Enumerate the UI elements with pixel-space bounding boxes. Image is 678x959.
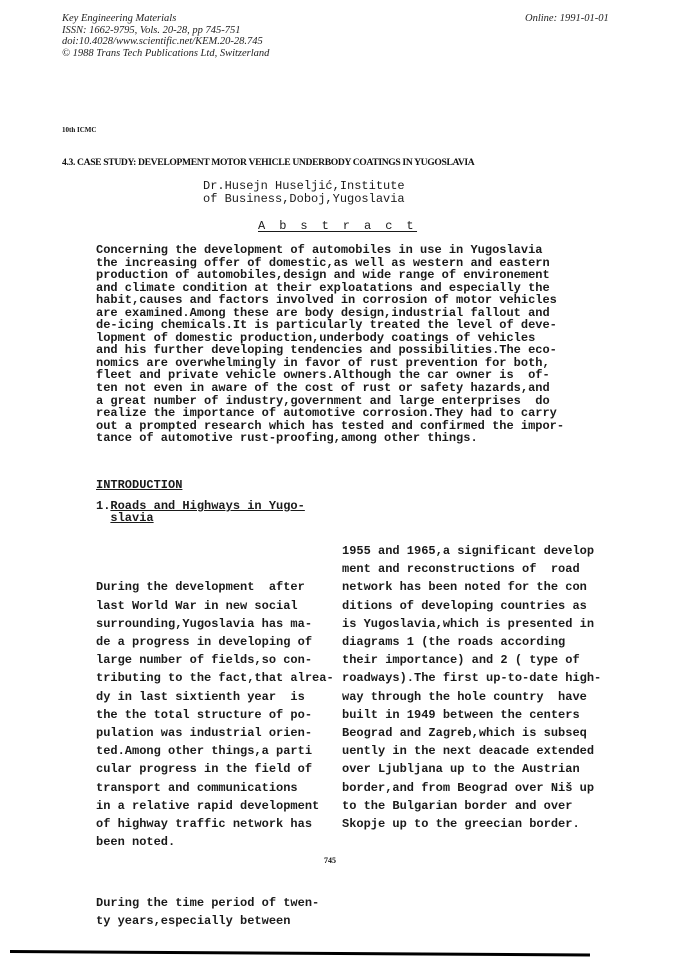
paper-title: 4.3. CASE STUDY: DEVELOPMENT MOTOR VEHIC… (62, 157, 474, 168)
text-line: Concerning the development of automobile… (96, 244, 564, 257)
author-block: Dr.Husejn Huseljić,Instituteof Business,… (203, 180, 405, 205)
text-line: Beograd and Zagreb,which is subseq (342, 724, 601, 742)
text-line: de-icing chemicals.It is particularly tr… (96, 319, 564, 332)
text-line: their importance) and 2 ( type of (342, 651, 601, 669)
journal-metadata: Key Engineering Materials ISSN: 1662-979… (62, 13, 269, 59)
abstract-heading: A b s t r a c t (258, 219, 417, 233)
text-line: tance of automotive rust-proofing,among … (96, 432, 564, 445)
text-line: ty years,especially between (96, 912, 334, 930)
text-line: surrounding,Yugoslavia has ma- (96, 615, 334, 633)
text-line: roadways).The first up-to-date high- (342, 669, 601, 687)
journal-issn: ISSN: 1662-9795, Vols. 20-28, pp 745-751 (62, 25, 269, 37)
text-line: During the development after (96, 578, 334, 596)
paragraph: During the time period of twen-ty years,… (96, 894, 334, 930)
text-line: tributing to the fact,that alrea- (96, 669, 334, 687)
text-line: ditions of developing countries as (342, 597, 601, 615)
text-line: border,and from Beograd over Niš up (342, 779, 601, 797)
text-line: in a relative rapid development (96, 797, 334, 815)
text-line: ten not even in aware of the cost of rus… (96, 382, 564, 395)
paragraph: During the development afterlast World W… (96, 578, 334, 851)
text-line: ment and reconstructions of road (342, 560, 601, 578)
subsection-number: 1. (96, 499, 110, 513)
text-line: diagrams 1 (the roads according (342, 633, 601, 651)
journal-name: Key Engineering Materials (62, 13, 269, 25)
subsection-title-line: slavia (110, 511, 153, 525)
text-line: 1955 and 1965,a significant develop (342, 542, 601, 560)
text-line: large number of fields,so con- (96, 651, 334, 669)
conference-label: 10th ICMC (62, 126, 96, 134)
text-line: production of automobiles,design and wid… (96, 269, 564, 282)
right-column: 1955 and 1965,a significant development … (342, 542, 601, 833)
left-column: During the development afterlast World W… (96, 542, 334, 948)
author-line: of Business,Doboj,Yugoslavia (203, 193, 405, 206)
text-line: During the time period of twen- (96, 894, 334, 912)
journal-copyright: © 1988 Trans Tech Publications Ltd, Swit… (62, 48, 269, 60)
text-line: been noted. (96, 833, 334, 851)
journal-doi[interactable]: doi:10.4028/www.scientific.net/KEM.20-28… (62, 36, 269, 48)
text-line: is Yugoslavia,which is presented in (342, 615, 601, 633)
scan-edge-rule (10, 950, 590, 957)
text-line: ted.Among other things,a parti (96, 742, 334, 760)
text-line: transport and communications (96, 779, 334, 797)
text-line: to the Bulgarian border and over (342, 797, 601, 815)
text-line: uently in the next deacade extended (342, 742, 601, 760)
text-line: cular progress in the field of (96, 760, 334, 778)
text-line: way through the hole country have (342, 688, 601, 706)
text-line: the the total structure of po- (96, 706, 334, 724)
text-line: habit,causes and factors involved in cor… (96, 294, 564, 307)
text-line: de a progress in developing of (96, 633, 334, 651)
page-number: 745 (324, 856, 336, 865)
text-line: pulation was industrial orien- (96, 724, 334, 742)
subsection-heading: 1.Roads and Highways in Yugo- slavia (96, 500, 305, 525)
abstract-body: Concerning the development of automobile… (96, 244, 564, 445)
online-date: Online: 1991-01-01 (525, 13, 609, 24)
text-line: network has been noted for the con (342, 578, 601, 596)
section-heading-introduction: INTRODUCTION (96, 478, 182, 492)
text-line: over Ljubljana up to the Austrian (342, 760, 601, 778)
author-line: Dr.Husejn Huseljić,Institute (203, 180, 405, 193)
text-line: of highway traffic network has (96, 815, 334, 833)
text-line: Skopje up to the greecian border. (342, 815, 601, 833)
text-line: dy in last sixtienth year is (96, 688, 334, 706)
text-line: built in 1949 between the centers (342, 706, 601, 724)
text-line: realize the importance of automotive cor… (96, 407, 564, 420)
text-line: last World War in new social (96, 597, 334, 615)
